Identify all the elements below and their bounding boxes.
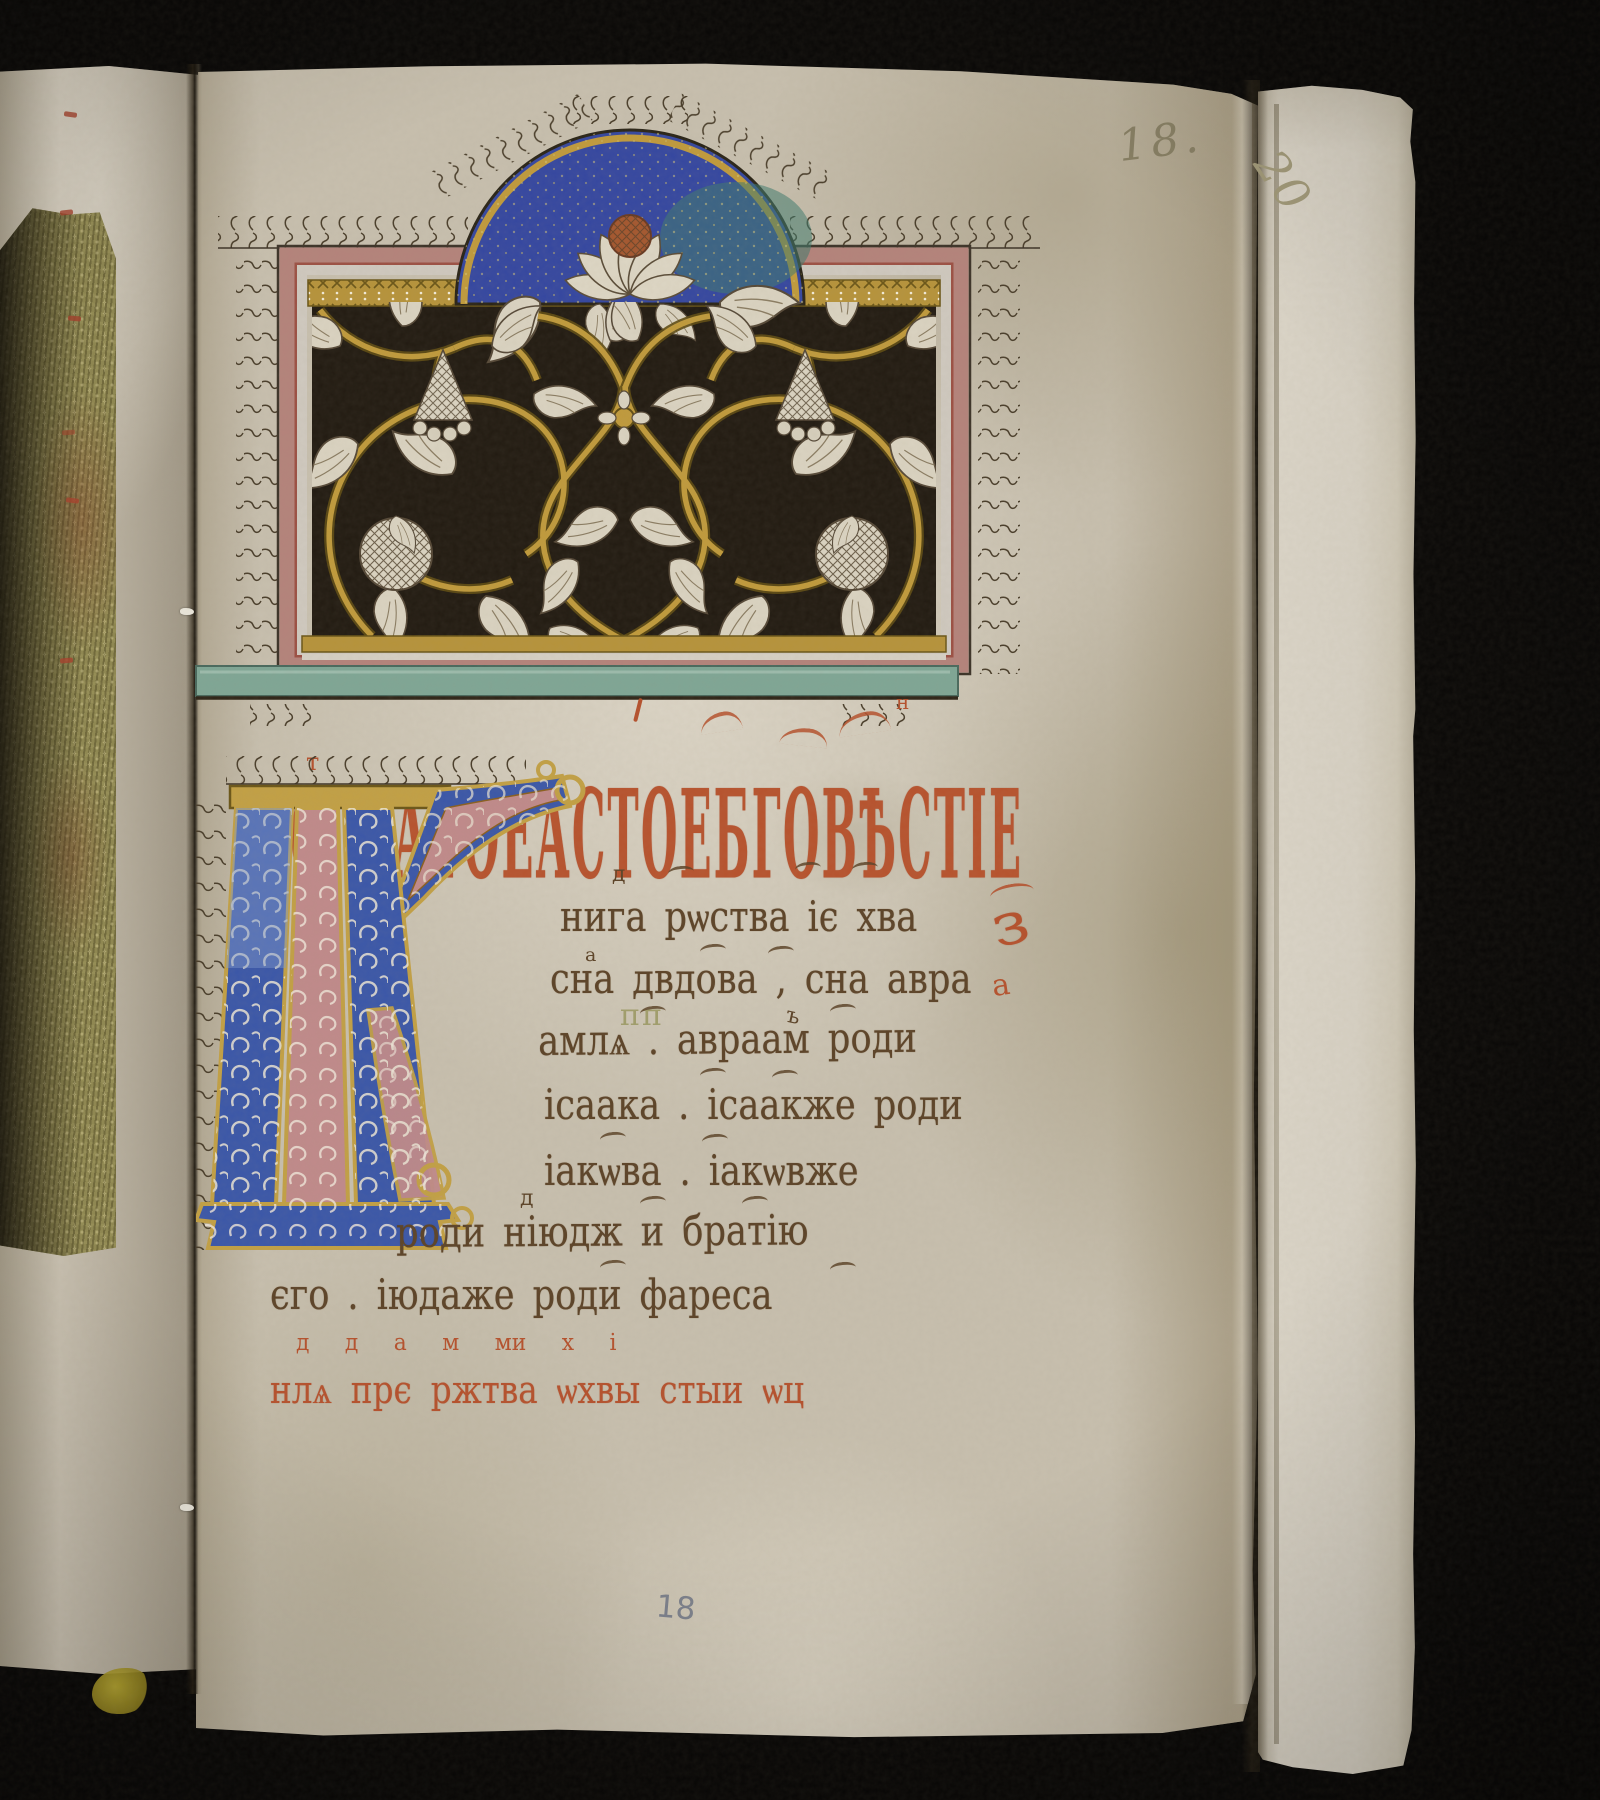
text-line-7: єго . іюдаже роди фареса	[270, 1270, 772, 1319]
rubric-line: нлѧ прє ржтва ѡхвы стыи ѡц	[270, 1368, 804, 1413]
superscript-letter: а	[585, 944, 596, 966]
ornamental-headpiece	[190, 88, 1070, 728]
zachalo-margin-mark: з а	[984, 884, 1054, 1004]
binding-stitch	[180, 1504, 194, 1511]
protective-silk-textile	[0, 204, 116, 1256]
text-line-2: сна двдова , сна авра	[550, 954, 972, 1003]
manuscript-photo: ѠМАТѲЕАСТОЕБГОВѢСТІЕ т н	[0, 0, 1600, 1800]
text-line-5: іакѡва . іакѡвже	[544, 1146, 859, 1196]
text-line-1: нига рѡства іє хва	[560, 892, 917, 942]
superscript-letter: д	[612, 862, 626, 887]
text-line-4: ісаака . ісаакже роди	[544, 1080, 963, 1129]
folio-number-bottom-stamp: 18	[655, 1588, 697, 1627]
wax-residue	[92, 1668, 150, 1714]
folio-number-top: 18.	[1115, 111, 1206, 172]
page-gap-shadow	[1242, 80, 1260, 1772]
text-line-6: роди ніюдж и братію	[396, 1205, 809, 1257]
text-line-3: амлѧ . авраам роди	[538, 1013, 917, 1066]
superscript-letter: д	[520, 1186, 534, 1211]
following-pages-fore-edge	[1258, 84, 1416, 1774]
tendril-fringe	[218, 216, 468, 248]
rubric-superscripts: д д а м ми х і	[296, 1330, 616, 1356]
zachalo-number: а	[990, 967, 1013, 1004]
red-edge-mark	[62, 430, 75, 436]
red-edge-mark	[68, 315, 81, 321]
title-superscript-n: н	[896, 690, 909, 714]
illuminated-initial-K	[196, 748, 596, 1278]
